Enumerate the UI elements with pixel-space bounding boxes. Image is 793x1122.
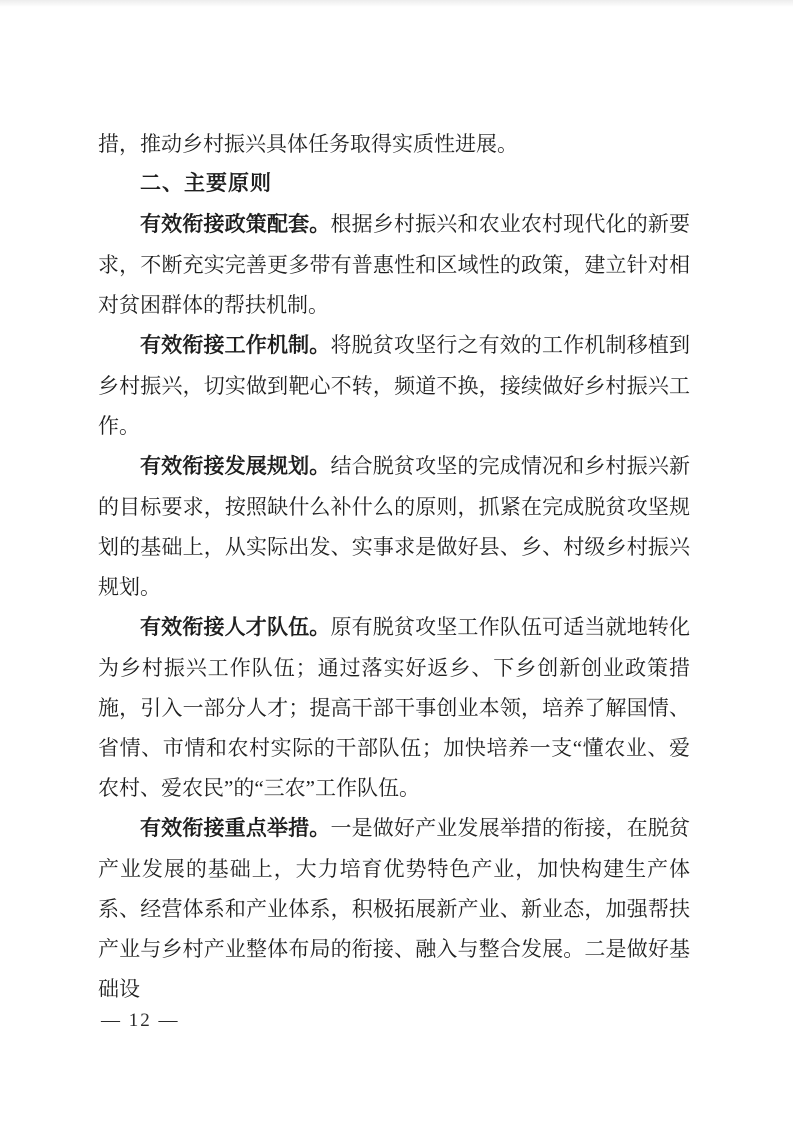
scan-edge-shading <box>0 0 793 7</box>
section-heading: 二、主要原则 <box>98 164 690 204</box>
paragraph-text: 措，推动乡村振兴具体任务取得实质性进展。 <box>98 132 518 156</box>
paragraph: 有效衔接人才队伍。原有脱贫攻坚工作队伍可适当就地转化为乡村振兴工作队伍；通过落实… <box>98 607 690 808</box>
paragraph-text: 原有脱贫攻坚工作队伍可适当就地转化为乡村振兴工作队伍；通过落实好返乡、下乡创新创… <box>98 615 690 800</box>
paragraph-lead: 有效衔接政策配套。 <box>140 213 330 236</box>
paragraph: 有效衔接重点举措。一是做好产业发展举措的衔接，在脱贫产业发展的基础上，大力培育优… <box>98 808 690 1009</box>
paragraph: 措，推动乡村振兴具体任务取得实质性进展。 <box>98 124 690 164</box>
paragraph: 有效衔接发展规划。结合脱贫攻坚的完成情况和乡村振兴新的目标要求，按照缺什么补什么… <box>98 446 690 607</box>
paragraph-lead: 有效衔接发展规划。 <box>140 455 330 478</box>
paragraph-lead: 有效衔接人才队伍。 <box>140 616 330 639</box>
paragraph-text: 一是做好产业发展举措的衔接，在脱贫产业发展的基础上，大力培育优势特色产业，加快构… <box>98 816 690 1001</box>
document-page: 措，推动乡村振兴具体任务取得实质性进展。二、主要原则有效衔接政策配套。根据乡村振… <box>0 0 793 1122</box>
paragraph: 有效衔接政策配套。根据乡村振兴和农业农村现代化的新要求，不断充实完善更多带有普惠… <box>98 204 690 325</box>
paragraph: 有效衔接工作机制。将脱贫攻坚行之有效的工作机制移植到乡村振兴，切实做到靶心不转，… <box>98 325 690 446</box>
document-body: 措，推动乡村振兴具体任务取得实质性进展。二、主要原则有效衔接政策配套。根据乡村振… <box>98 124 690 1009</box>
paragraph-lead: 有效衔接工作机制。 <box>140 334 330 357</box>
section-heading-text: 二、主要原则 <box>140 172 272 195</box>
page-number: — 12 — <box>101 1007 180 1035</box>
paragraph-lead: 有效衔接重点举措。 <box>140 817 330 840</box>
